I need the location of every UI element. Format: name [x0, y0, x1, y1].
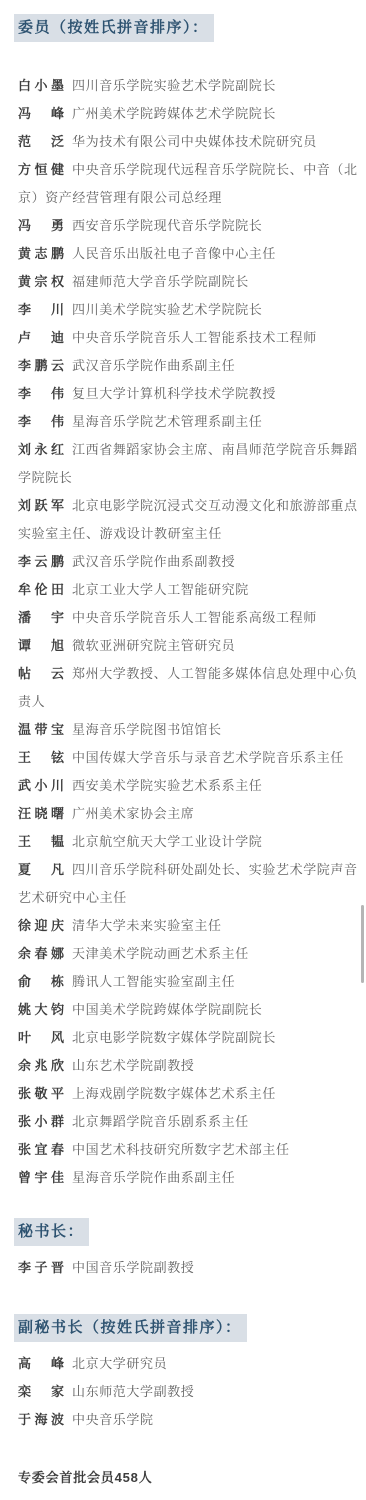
member-name: 黄宗权 — [18, 268, 64, 296]
member-entry: 武小川西安美术学院实验艺术系系主任 — [18, 772, 360, 800]
member-title: 武汉音乐学院作曲系副主任 — [72, 358, 235, 373]
member-name: 谭 旭 — [18, 632, 64, 660]
member-title: 四川音乐学院科研处副处长、实验艺术学院声音艺术研究中心主任 — [18, 862, 358, 905]
member-entry: 范 泛华为技术有限公司中央媒体技术院研究员 — [18, 128, 360, 156]
member-count-line: 专委会首批会员458人 — [18, 1464, 360, 1492]
member-title: 上海戏剧学院数字媒体艺术系主任 — [72, 1086, 276, 1101]
section-weiyuan: 委员（按姓氏拼音排序）：白小墨四川音乐学院实验艺术学院副院长冯 峰广州美术学院跨… — [18, 14, 360, 1192]
member-entry: 帖 云郑州大学教授、人工智能多媒体信息处理中心负责人 — [18, 660, 360, 716]
member-entry: 于海波中央音乐学院 — [18, 1406, 360, 1434]
member-entry: 夏 凡四川音乐学院科研处副处长、实验艺术学院声音艺术研究中心主任 — [18, 856, 360, 912]
member-name: 李鹏云 — [18, 352, 64, 380]
member-title: 郑州大学教授、人工智能多媒体信息处理中心负责人 — [18, 666, 358, 709]
member-entry: 李 川四川美术学院实验艺术学院院长 — [18, 296, 360, 324]
section-header-highlight: 委员（按姓氏拼音排序）： — [14, 14, 214, 42]
vertical-scrollbar-thumb[interactable] — [361, 905, 364, 983]
member-title: 武汉音乐学院作曲系副教授 — [72, 554, 235, 569]
member-entry: 叶 风北京电影学院数字媒体学院副院长 — [18, 1024, 360, 1052]
member-entry: 刘跃军北京电影学院沉浸式交互动漫文化和旅游部重点实验室主任、游戏设计教研室主任 — [18, 492, 360, 548]
member-name: 卢 迪 — [18, 324, 64, 352]
member-name: 武小川 — [18, 772, 64, 800]
member-name: 范 泛 — [18, 128, 64, 156]
member-title: 广州美术家协会主席 — [72, 806, 194, 821]
member-title: 江西省舞蹈家协会主席、南昌师范学院音乐舞蹈学院院长 — [18, 442, 358, 485]
member-title: 山东师范大学副教授 — [72, 1384, 194, 1399]
member-name: 方恒健 — [18, 156, 64, 184]
member-name: 张敬平 — [18, 1080, 64, 1108]
member-name: 于海波 — [18, 1406, 64, 1434]
member-name: 俞 栋 — [18, 968, 64, 996]
member-title: 中央音乐学院音乐人工智能系技术工程师 — [72, 330, 317, 345]
sections-container: 委员（按姓氏拼音排序）：白小墨四川音乐学院实验艺术学院副院长冯 峰广州美术学院跨… — [18, 14, 360, 1434]
member-entry: 潘 宇中央音乐学院音乐人工智能系高级工程师 — [18, 604, 360, 632]
member-name: 李云鹏 — [18, 548, 64, 576]
member-entry: 姚大钧中国美术学院跨媒体学院副院长 — [18, 996, 360, 1024]
member-name: 冯 勇 — [18, 212, 64, 240]
member-name: 徐迎庆 — [18, 912, 64, 940]
member-name: 李子晋 — [18, 1254, 64, 1282]
entries-list: 高 峰北京大学研究员栾 家山东师范大学副教授于海波中央音乐学院 — [18, 1350, 360, 1434]
member-name: 李 伟 — [18, 380, 64, 408]
member-name: 刘跃军 — [18, 492, 64, 520]
member-entry: 李 伟复旦大学计算机科学技术学院教授 — [18, 380, 360, 408]
section-fumishuzhang: 副秘书长（按姓氏拼音排序）：高 峰北京大学研究员栾 家山东师范大学副教授于海波中… — [18, 1314, 360, 1434]
member-entry: 李子晋中国音乐学院副教授 — [18, 1254, 360, 1282]
member-name: 白小墨 — [18, 72, 64, 100]
section-header-highlight: 秘书长： — [14, 1218, 89, 1246]
section-header-highlight: 副秘书长（按姓氏拼音排序）： — [14, 1314, 247, 1342]
member-entry: 李云鹏武汉音乐学院作曲系副教授 — [18, 548, 360, 576]
member-name: 帖 云 — [18, 660, 64, 688]
member-entry: 牟伦田北京工业大学人工智能研究院 — [18, 576, 360, 604]
member-name: 冯 峰 — [18, 100, 64, 128]
member-title: 星海音乐学院图书馆馆长 — [72, 722, 222, 737]
member-entry: 黄宗权福建师范大学音乐学院副院长 — [18, 268, 360, 296]
member-title: 中国传媒大学音乐与录音艺术学院音乐系主任 — [72, 750, 344, 765]
section-header-weiyuan: 委员（按姓氏拼音排序）： — [18, 14, 360, 42]
member-title: 四川美术学院实验艺术学院院长 — [72, 302, 262, 317]
member-entry: 张宜春中国艺术科技研究所数字艺术部主任 — [18, 1136, 360, 1164]
member-title: 微软亚洲研究院主管研究员 — [72, 638, 235, 653]
member-title: 北京工业大学人工智能研究院 — [72, 582, 249, 597]
member-name: 夏 凡 — [18, 856, 64, 884]
member-entry: 黄志鹏人民音乐出版社电子音像中心主任 — [18, 240, 360, 268]
member-entry: 王 韫北京航空航天大学工业设计学院 — [18, 828, 360, 856]
member-entry: 李鹏云武汉音乐学院作曲系副主任 — [18, 352, 360, 380]
member-name: 潘 宇 — [18, 604, 64, 632]
member-name: 温带宝 — [18, 716, 64, 744]
member-entry: 张小群北京舞蹈学院音乐剧系系主任 — [18, 1108, 360, 1136]
member-title: 天津美术学院动画艺术系主任 — [72, 946, 249, 961]
section-header-fumishuzhang: 副秘书长（按姓氏拼音排序）： — [18, 1314, 360, 1342]
member-name: 余兆欣 — [18, 1052, 64, 1080]
member-name: 叶 风 — [18, 1024, 64, 1052]
member-name: 栾 家 — [18, 1378, 64, 1406]
member-title: 四川音乐学院实验艺术学院副院长 — [72, 78, 276, 93]
member-title: 福建师范大学音乐学院副院长 — [72, 274, 249, 289]
member-entry: 卢 迪中央音乐学院音乐人工智能系技术工程师 — [18, 324, 360, 352]
member-title: 清华大学未来实验室主任 — [72, 918, 222, 933]
member-name: 黄志鹏 — [18, 240, 64, 268]
member-title: 北京电影学院沉浸式交互动漫文化和旅游部重点实验室主任、游戏设计教研室主任 — [18, 498, 358, 541]
member-title: 腾讯人工智能实验室副主任 — [72, 974, 235, 989]
member-title: 星海音乐学院作曲系副主任 — [72, 1170, 235, 1185]
member-title: 广州美术学院跨媒体艺术学院院长 — [72, 106, 276, 121]
member-entry: 余春娜天津美术学院动画艺术系主任 — [18, 940, 360, 968]
member-entry: 张敬平上海戏剧学院数字媒体艺术系主任 — [18, 1080, 360, 1108]
member-title: 北京电影学院数字媒体学院副院长 — [72, 1030, 276, 1045]
member-entry: 俞 栋腾讯人工智能实验室副主任 — [18, 968, 360, 996]
member-title: 山东艺术学院副教授 — [72, 1058, 194, 1073]
member-entry: 曾宇佳星海音乐学院作曲系副主任 — [18, 1164, 360, 1192]
member-title: 中央音乐学院音乐人工智能系高级工程师 — [72, 610, 317, 625]
member-name: 曾宇佳 — [18, 1164, 64, 1192]
section-header-mishuzhang: 秘书长： — [18, 1218, 360, 1246]
member-name: 张宜春 — [18, 1136, 64, 1164]
member-title: 中央音乐学院 — [72, 1412, 154, 1427]
member-entry: 徐迎庆清华大学未来实验室主任 — [18, 912, 360, 940]
member-name: 王 韫 — [18, 828, 64, 856]
member-name: 余春娜 — [18, 940, 64, 968]
member-entry: 栾 家山东师范大学副教授 — [18, 1378, 360, 1406]
member-title: 西安美术学院实验艺术系系主任 — [72, 778, 262, 793]
member-name: 李 川 — [18, 296, 64, 324]
member-entry: 王 铉中国传媒大学音乐与录音艺术学院音乐系主任 — [18, 744, 360, 772]
member-title: 中国音乐学院副教授 — [72, 1260, 194, 1275]
member-title: 中国美术学院跨媒体学院副院长 — [72, 1002, 262, 1017]
member-name: 王 铉 — [18, 744, 64, 772]
member-name: 李 伟 — [18, 408, 64, 436]
member-title: 华为技术有限公司中央媒体技术院研究员 — [72, 134, 317, 149]
member-title: 中央音乐学院现代远程音乐学院院长、中音（北京）资产经营管理有限公司总经理 — [18, 162, 358, 205]
member-title: 星海音乐学院艺术管理系副主任 — [72, 414, 262, 429]
member-entry: 冯 峰广州美术学院跨媒体艺术学院院长 — [18, 100, 360, 128]
member-title: 人民音乐出版社电子音像中心主任 — [72, 246, 276, 261]
member-title: 中国艺术科技研究所数字艺术部主任 — [72, 1142, 290, 1157]
member-name: 张小群 — [18, 1108, 64, 1136]
member-title: 北京航空航天大学工业设计学院 — [72, 834, 262, 849]
member-title: 西安音乐学院现代音乐学院院长 — [72, 218, 262, 233]
section-mishuzhang: 秘书长：李子晋中国音乐学院副教授 — [18, 1218, 360, 1282]
member-entry: 冯 勇西安音乐学院现代音乐学院院长 — [18, 212, 360, 240]
member-entry: 刘永红江西省舞蹈家协会主席、南昌师范学院音乐舞蹈学院院长 — [18, 436, 360, 492]
entries-list: 白小墨四川音乐学院实验艺术学院副院长冯 峰广州美术学院跨媒体艺术学院院长范 泛华… — [18, 72, 360, 1192]
member-entry: 汪晓曙广州美术家协会主席 — [18, 800, 360, 828]
member-entry: 高 峰北京大学研究员 — [18, 1350, 360, 1378]
document-page: 委员（按姓氏拼音排序）：白小墨四川音乐学院实验艺术学院副院长冯 峰广州美术学院跨… — [0, 0, 366, 1492]
member-name: 刘永红 — [18, 436, 64, 464]
member-title: 复旦大学计算机科学技术学院教授 — [72, 386, 276, 401]
member-entry: 温带宝星海音乐学院图书馆馆长 — [18, 716, 360, 744]
member-entry: 谭 旭微软亚洲研究院主管研究员 — [18, 632, 360, 660]
member-entry: 余兆欣山东艺术学院副教授 — [18, 1052, 360, 1080]
member-name: 汪晓曙 — [18, 800, 64, 828]
member-name: 姚大钧 — [18, 996, 64, 1024]
member-name: 高 峰 — [18, 1350, 64, 1378]
member-title: 北京大学研究员 — [72, 1356, 167, 1371]
member-entry: 李 伟星海音乐学院艺术管理系副主任 — [18, 408, 360, 436]
member-entry: 白小墨四川音乐学院实验艺术学院副院长 — [18, 72, 360, 100]
member-entry: 方恒健中央音乐学院现代远程音乐学院院长、中音（北京）资产经营管理有限公司总经理 — [18, 156, 360, 212]
entries-list: 李子晋中国音乐学院副教授 — [18, 1254, 360, 1282]
member-title: 北京舞蹈学院音乐剧系系主任 — [72, 1114, 249, 1129]
member-name: 牟伦田 — [18, 576, 64, 604]
